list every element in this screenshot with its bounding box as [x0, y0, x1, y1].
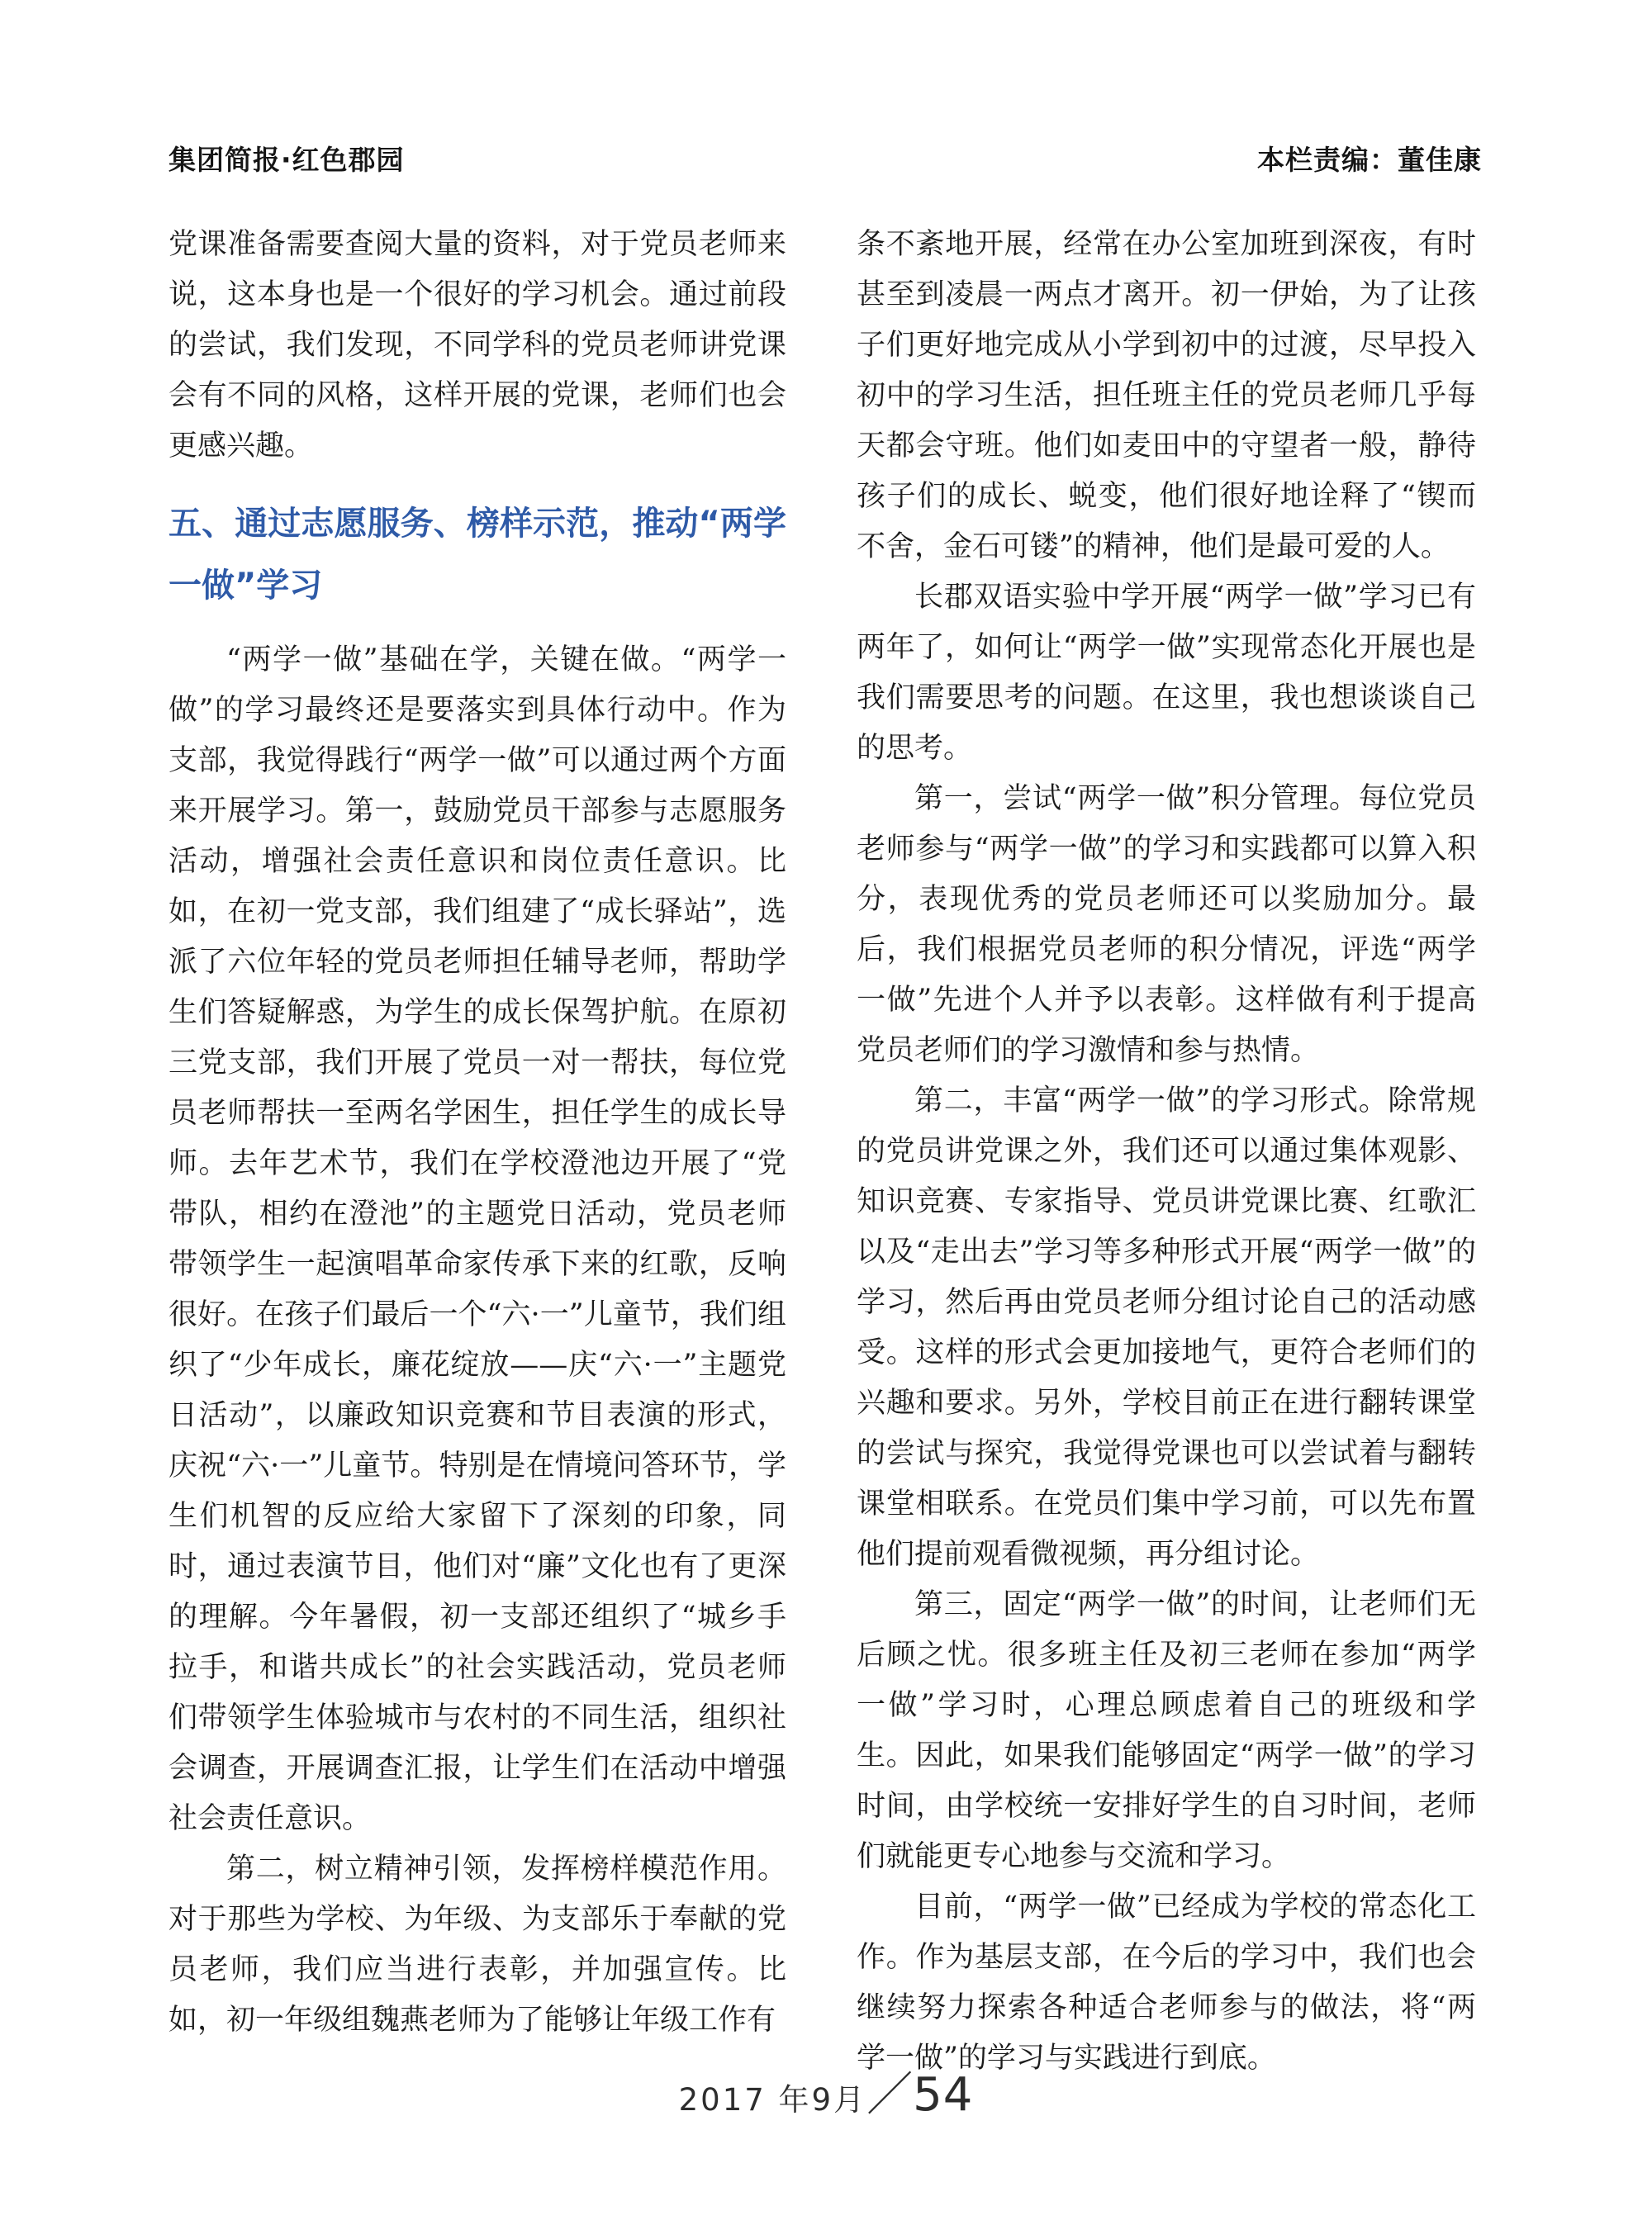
header-column-editor: 本栏责编：董佳康 [1257, 139, 1482, 178]
paragraph-continuation-from-left-column: 条不紊地开展，经常在办公室加班到深夜，有时甚至到凌晨一两点才离开。初一伊始，为了… [857, 220, 1476, 572]
left-column: 党课准备需要查阅大量的资料，对于党员老师来说，这本身也是一个很好的学习机会。通过… [169, 220, 786, 2046]
paragraph: 长郡双语实验中学开展“两学一做”学习已有两年了，如何让“两学一做”实现常态化开展… [857, 572, 1476, 774]
paragraph: 第二，树立精神引领，发挥榜样模范作用。对于那些为学校、为年级、为支部乐于奉献的党… [169, 1844, 786, 2046]
paragraph-continuation-from-previous-page: 党课准备需要查阅大量的资料，对于党员老师来说，这本身也是一个很好的学习机会。通过… [169, 220, 786, 472]
footer-issue-date: 2017 年9月 [679, 2082, 866, 2118]
footer-page-number: 54 [913, 2068, 973, 2122]
paragraph: 目前，“两学一做”已经成为学校的常态化工作。作为基层支部，在今后的学习中，我们也… [857, 1882, 1476, 2084]
page-footer: 2017 年9月／54 [0, 2058, 1652, 2124]
section-heading: 五、通过志愿服务、榜样示范，推动“两学一做”学习 [169, 493, 786, 617]
paragraph: 第三，固定“两学一做”的时间，让老师们无后顾之忧。很多班主任及初三老师在参加“两… [857, 1580, 1476, 1882]
paragraph: 第二，丰富“两学一做”的学习形式。除常规的党员讲党课之外，我们还可以通过集体观影… [857, 1076, 1476, 1580]
header-section-title: 集团简报·红色郡园 [169, 139, 405, 178]
footer-separator: ／ [866, 2068, 913, 2122]
paragraph: “两学一做”基础在学，关键在做。“两学一做”的学习最终还是要落实到具体行动中。作… [169, 635, 786, 1844]
page-header: 集团简报·红色郡园 本栏责编：董佳康 [169, 139, 1482, 178]
paragraph: 第一，尝试“两学一做”积分管理。每位党员老师参与“两学一做”的学习和实践都可以算… [857, 774, 1476, 1076]
newsletter-page: 集团简报·红色郡园 本栏责编：董佳康 党课准备需要查阅大量的资料，对于党员老师来… [0, 0, 1652, 2225]
right-column: 条不紊地开展，经常在办公室加班到深夜，有时甚至到凌晨一两点才离开。初一伊始，为了… [857, 220, 1476, 2084]
